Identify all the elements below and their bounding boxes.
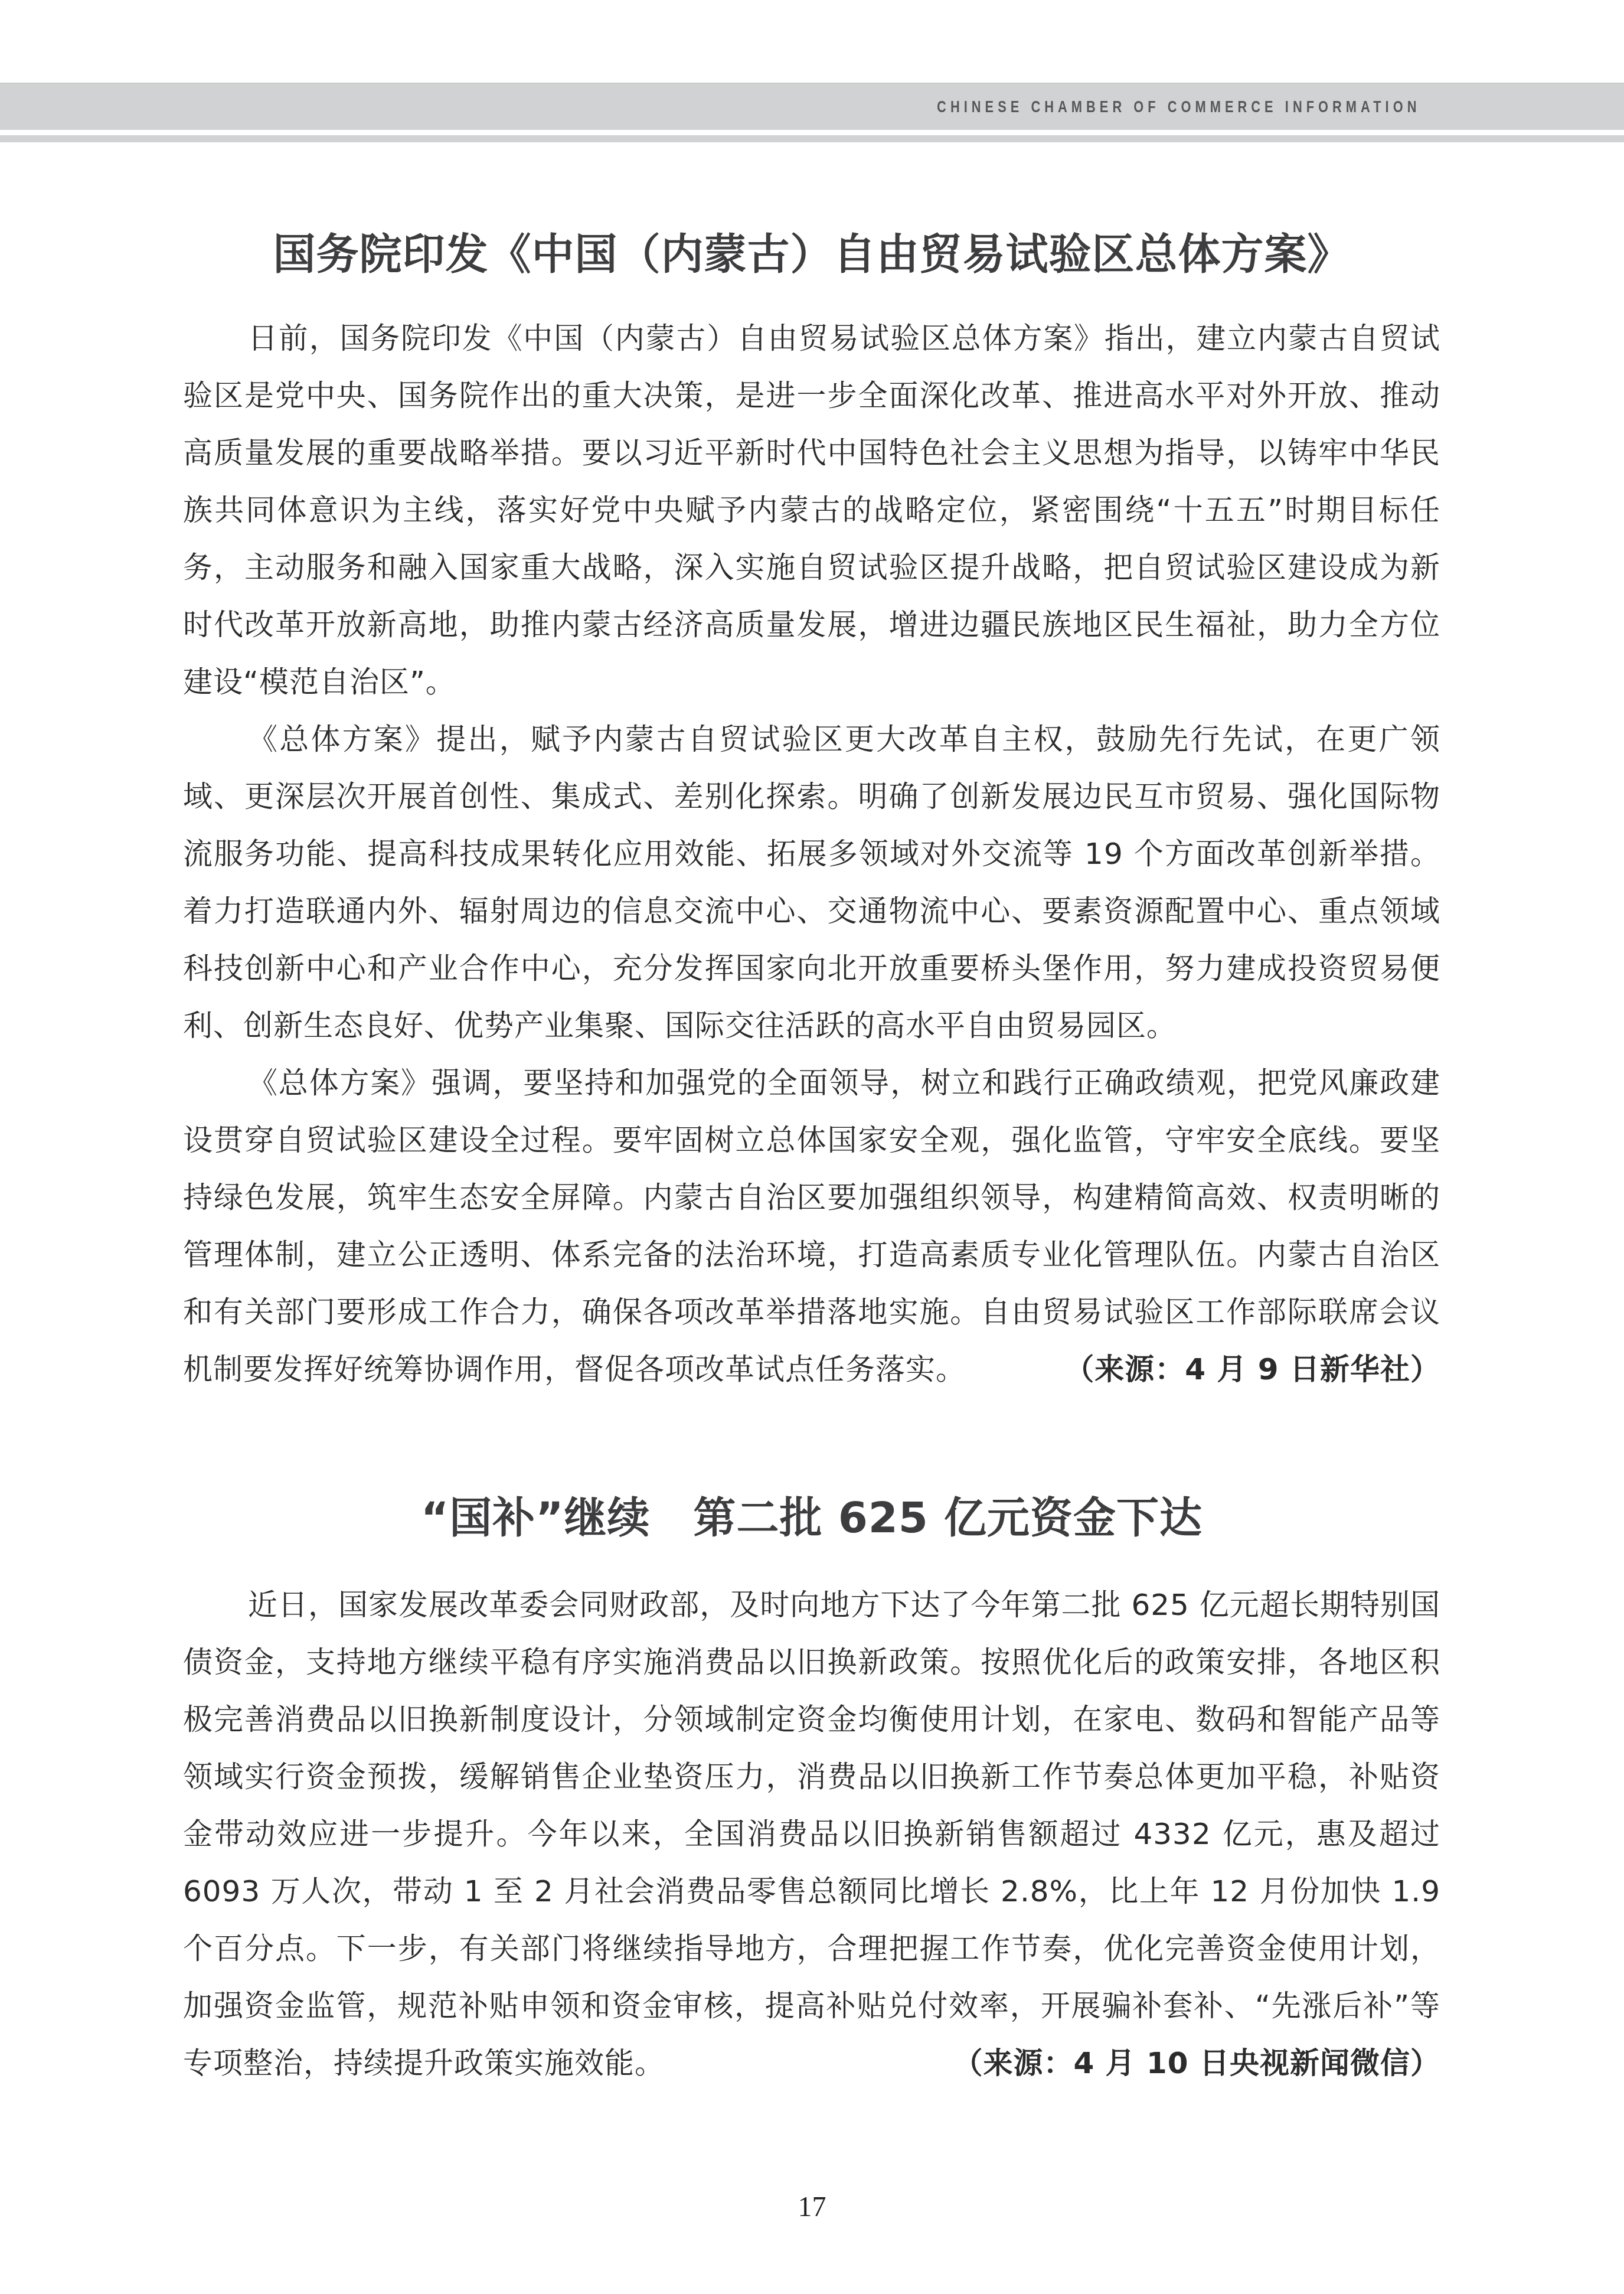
article-title: 国务院印发《中国（内蒙古）自由贸易试验区总体方案》 bbox=[183, 221, 1440, 286]
article-paragraph: 日前，国务院印发《中国（内蒙古）自由贸易试验区总体方案》指出，建立内蒙古自贸试验… bbox=[183, 310, 1440, 711]
publication-name: CHINESE CHAMBER OF COMMERCE INFORMATION bbox=[937, 84, 1420, 130]
header-stripe bbox=[0, 135, 1624, 142]
article-inner-mongolia-ftz: 国务院印发《中国（内蒙古）自由贸易试验区总体方案》 日前，国务院印发《中国（内蒙… bbox=[183, 221, 1440, 1398]
article-source: （来源：4 月 9 日新华社） bbox=[999, 1341, 1440, 1398]
page-number: 17 bbox=[0, 2191, 1624, 2223]
paragraph-text: 《总体方案》强调，要坚持和加强党的全面领导，树立和践行正确政绩观，把党风廉政建设… bbox=[183, 1066, 1440, 1386]
article-source: （来源：4 月 10 日央视新闻微信） bbox=[888, 2035, 1440, 2092]
article-paragraph: 《总体方案》强调，要坚持和加强党的全面领导，树立和践行正确政绩观，把党风廉政建设… bbox=[183, 1055, 1440, 1398]
paragraph-text: 近日，国家发展改革委会同财政部，及时向地方下达了今年第二批 625 亿元超长期特… bbox=[183, 1588, 1440, 2080]
article-paragraph: 《总体方案》提出，赋予内蒙古自贸试验区更大改革自主权，鼓励先行先试，在更广领域、… bbox=[183, 711, 1440, 1055]
article-paragraph: 近日，国家发展改革委会同财政部，及时向地方下达了今年第二批 625 亿元超长期特… bbox=[183, 1577, 1440, 2092]
article-subsidy-funds: “国补”继续 第二批 625 亿元资金下达 近日，国家发展改革委会同财政部，及时… bbox=[183, 1485, 1440, 2092]
header-band: CHINESE CHAMBER OF COMMERCE INFORMATION bbox=[0, 83, 1624, 130]
article-title: “国补”继续 第二批 625 亿元资金下达 bbox=[183, 1485, 1440, 1550]
